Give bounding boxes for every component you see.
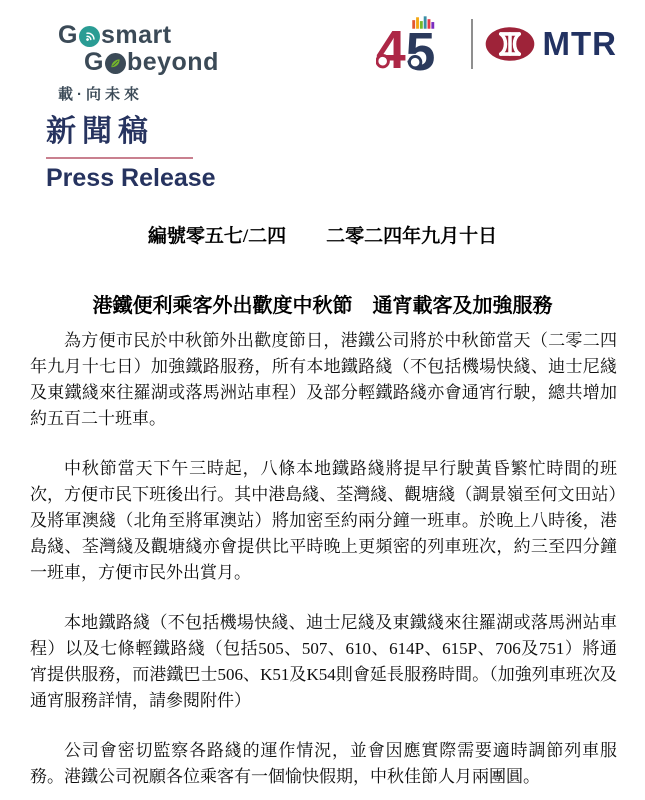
document-meta: 編號零五七/二四 二零二四年九月十日 — [0, 221, 645, 248]
press-release-page: Gsmart Gbeyond 載·向未來 4 5 — [0, 0, 645, 800]
wordmark-letter-g: G — [58, 22, 78, 49]
wordmark-word-beyond: beyond — [127, 49, 219, 76]
masthead-title-en: Press Release — [46, 164, 216, 193]
press-release-paragraph: 公司會密切監察各路綫的運作情況，並會因應實際需要適時調節列車服務。港鐵公司祝願各… — [30, 738, 617, 790]
wheel-icon — [376, 55, 387, 66]
press-release-headline: 港鐵便利乘客外出歡度中秋節 通宵載客及加強服務 — [0, 289, 645, 318]
go-smart-go-beyond-logo: Gsmart Gbeyond 載·向未來 — [58, 22, 219, 104]
masthead: 新聞稿 Press Release — [46, 106, 216, 193]
logo-divider — [471, 19, 473, 69]
anniversary-45-logo: 4 5 — [376, 14, 460, 74]
press-release-paragraph: 為方便市民於中秋節外出歡度節日，港鐵公司將於中秋節當天（二零二四年九月十七日）加… — [30, 328, 617, 432]
wheel-icon — [409, 56, 420, 67]
reference-number: 編號零五七/二四 — [148, 221, 286, 248]
wordmark-word-smart: smart — [101, 22, 172, 49]
wifi-icon — [79, 26, 100, 47]
mtr-wordmark: MTR — [543, 25, 617, 63]
press-release-paragraph: 本地鐵路綫（不包括機場快綫、迪士尼綫及東鐵綫來往羅湖或落馬洲站車程）以及七條輕鐵… — [30, 610, 617, 714]
brand-tagline: 載·向未來 — [58, 83, 219, 104]
release-date: 二零二四年九月十日 — [326, 221, 497, 248]
press-release-paragraph: 中秋節當天下午三時起，八條本地鐵路綫將提早行駛黃昏繁忙時間的班次，方便市民下班後… — [30, 456, 617, 586]
masthead-title-zh: 新聞稿 — [46, 106, 216, 150]
leaf-icon — [105, 53, 126, 74]
mtr-roundel-icon — [484, 26, 536, 62]
go-smart-wordmark: Gsmart — [58, 22, 219, 49]
header-logos: 4 5 MTR — [376, 14, 617, 74]
go-beyond-wordmark: Gbeyond — [84, 49, 219, 76]
press-release-body: 為方便市民於中秋節外出歡度節日，港鐵公司將於中秋節當天（二零二四年九月十七日）加… — [30, 328, 617, 790]
masthead-rule — [46, 157, 193, 159]
mtr-logo: MTR — [484, 25, 617, 63]
wordmark-letter-g: G — [84, 49, 104, 76]
